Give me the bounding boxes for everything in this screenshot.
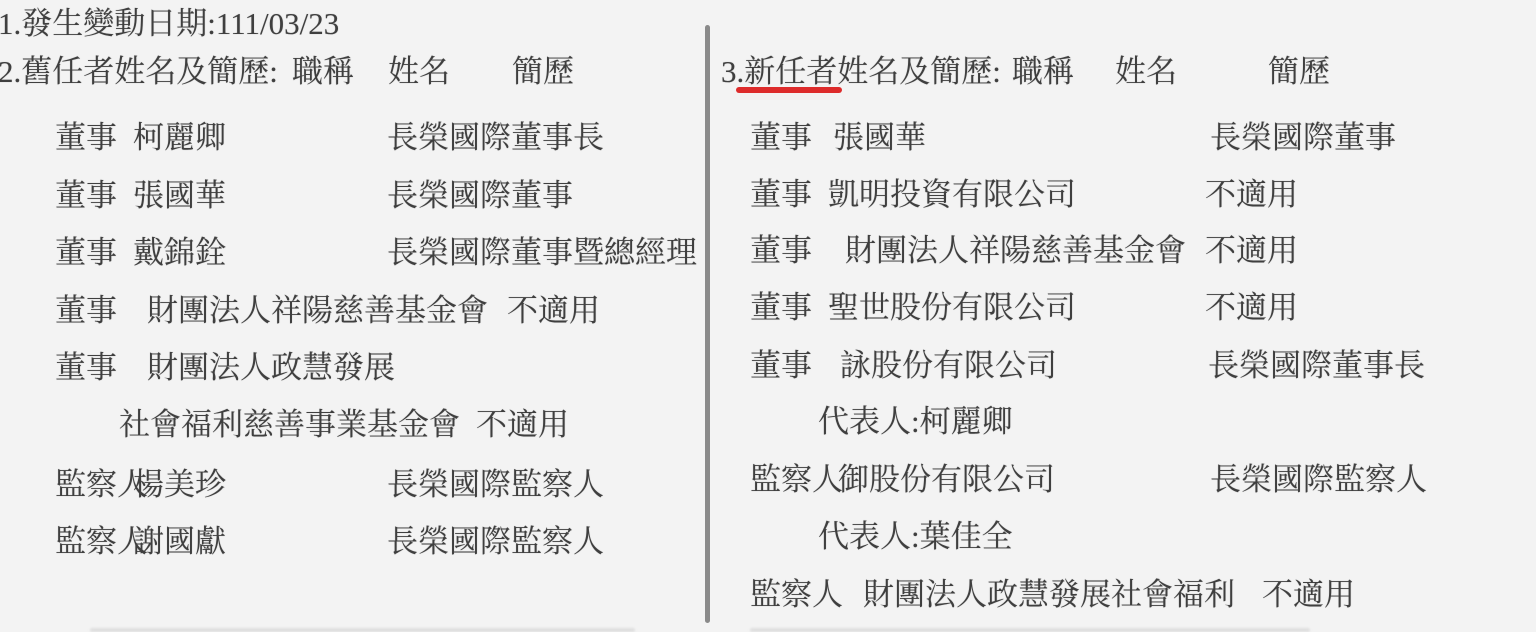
row-role: 監察人 xyxy=(750,461,843,499)
former-section-heading: 2.舊任者姓名及簡歷: xyxy=(0,53,278,91)
row-name: 楊美珍 xyxy=(133,466,226,504)
row-role: 董事 xyxy=(750,176,812,214)
announcement-document: 1.發生變動日期:111/03/23 2.舊任者姓名及簡歷: 職稱 姓名 簡歷 … xyxy=(0,0,1536,632)
row-name: 御股份有限公司 xyxy=(838,461,1055,499)
row-brief: 長榮國際董事長 xyxy=(387,119,604,157)
row-representative: 代表人:葉佳全 xyxy=(818,518,1013,556)
former-col-header-role: 職稱 xyxy=(292,53,354,91)
row-brief: 長榮國際監察人 xyxy=(1210,461,1427,499)
change-date-line: 1.發生變動日期:111/03/23 xyxy=(0,5,339,43)
row-role: 董事 xyxy=(750,347,812,385)
row-role: 監察人 xyxy=(750,576,843,614)
clipped-text-sliver-left xyxy=(90,628,635,632)
heading-number: 3. xyxy=(721,54,744,89)
row-brief: 長榮國際監察人 xyxy=(387,466,604,504)
row-name: 詠股份有限公司 xyxy=(840,347,1057,385)
row-name: 財團法人政慧發展 xyxy=(147,349,395,387)
clipped-text-sliver-right xyxy=(750,628,1310,632)
row-representative: 代表人:柯麗卿 xyxy=(818,403,1013,441)
row-role: 董事 xyxy=(55,349,117,387)
incoming-col-header-role: 職稱 xyxy=(1012,53,1074,91)
row-role: 董事 xyxy=(750,232,812,270)
row-name: 柯麗卿 xyxy=(133,119,226,157)
row-name: 財團法人政慧發展社會福利 xyxy=(863,576,1235,614)
red-underline-mark xyxy=(736,87,842,93)
incoming-col-header-name: 姓名 xyxy=(1115,53,1177,91)
row-brief: 長榮國際董事 xyxy=(1210,119,1396,157)
row-brief: 不適用 xyxy=(507,292,600,330)
row-name: 聖世股份有限公司 xyxy=(828,289,1076,327)
row-role: 董事 xyxy=(55,177,117,215)
former-col-header-brief: 簡歷 xyxy=(512,53,574,91)
row-name: 戴錦銓 xyxy=(133,234,226,272)
former-col-header-name: 姓名 xyxy=(388,53,450,91)
row-name: 財團法人祥陽慈善基金會 xyxy=(147,292,488,330)
row-role: 董事 xyxy=(750,289,812,327)
row-brief: 長榮國際監察人 xyxy=(387,523,604,561)
row-role: 董事 xyxy=(55,292,117,330)
row-brief: 長榮國際董事 xyxy=(387,177,573,215)
row-role: 董事 xyxy=(55,234,117,272)
row-role: 董事 xyxy=(750,119,812,157)
row-name: 凱明投資有限公司 xyxy=(828,176,1076,214)
incoming-section-heading: 3.新任者姓名及簡歷: xyxy=(721,53,1001,91)
row-name: 謝國獻 xyxy=(133,523,226,561)
row-name: 張國華 xyxy=(133,177,226,215)
row-role: 董事 xyxy=(55,119,117,157)
row-brief: 不適用 xyxy=(1262,576,1355,614)
row-brief: 不適用 xyxy=(1205,289,1298,327)
row-brief: 不適用 xyxy=(1205,232,1298,270)
incoming-col-header-brief: 簡歷 xyxy=(1268,53,1330,91)
row-brief: 不適用 xyxy=(476,406,569,444)
row-brief: 長榮國際董事暨總經理 xyxy=(387,234,697,272)
row-name: 財團法人祥陽慈善基金會 xyxy=(845,232,1186,270)
row-brief: 不適用 xyxy=(1205,176,1298,214)
row-brief: 長榮國際董事長 xyxy=(1208,347,1425,385)
heading-rest: 姓名及簡歷: xyxy=(837,54,1001,89)
heading-new-appointee: 新任者 xyxy=(744,54,837,89)
row-name-continuation: 社會福利慈善事業基金會 xyxy=(119,406,460,444)
section-divider xyxy=(705,25,710,623)
row-name: 張國華 xyxy=(833,119,926,157)
